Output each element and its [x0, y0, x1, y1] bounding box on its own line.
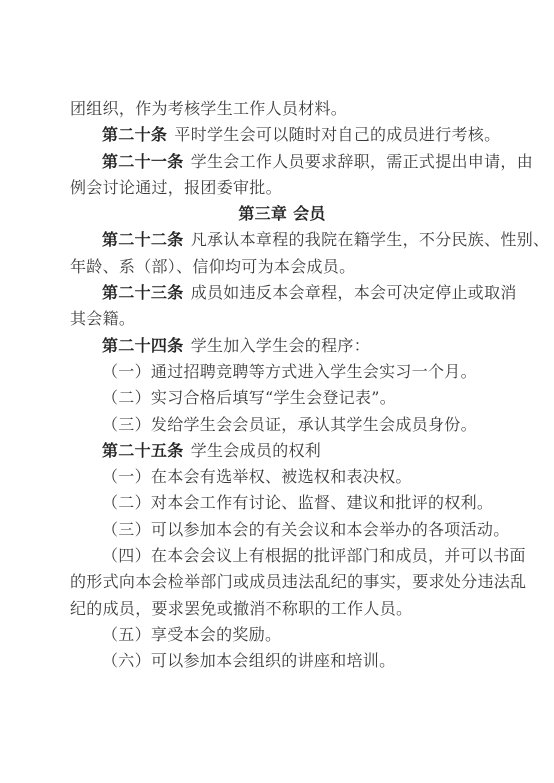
text-line: （二）实习合格后填写“学生会登记表”。 — [70, 385, 494, 411]
line-text: 的形式向本会检举部门或成员违法乱纪的事实，要求处分违法乱 — [70, 572, 526, 591]
line-text: （三）发给学生会会员证，承认其学生会成员身份。 — [102, 415, 477, 434]
text-block: 团组织，作为考核学生工作人员材料。第二十条平时学生会可以随时对自己的成员进行考核… — [70, 96, 494, 675]
article-number: 第二十五条 — [102, 441, 184, 460]
article-number: 第二十三条 — [102, 283, 184, 302]
text-line: 第二十条平时学生会可以随时对自己的成员进行考核。 — [70, 122, 494, 148]
line-text: 成员如违反本会章程，本会可决定停止或取消 — [191, 283, 517, 302]
line-text: 平时学生会可以随时对自己的成员进行考核。 — [174, 125, 500, 144]
text-line: 例会讨论通过，报团委审批。 — [70, 175, 494, 201]
text-line: （五）享受本会的奖励。 — [70, 622, 494, 648]
line-text: 年龄、系（部）、信仰均可为本会成员。 — [70, 257, 355, 276]
line-text: 第三章 会员 — [238, 204, 325, 223]
text-line: （六）可以参加本会组织的讲座和培训。 — [70, 648, 494, 674]
text-line: 第二十四条学生加入学生会的程序： — [70, 333, 494, 359]
line-text: 学生会工作人员要求辞职，需正式提出申请，由 — [191, 152, 533, 171]
text-line: 其会籍。 — [70, 306, 494, 332]
line-text: 学生会成员的权利 — [191, 441, 321, 460]
line-text: 团组织，作为考核学生工作人员材料。 — [70, 99, 347, 118]
line-text: 纪的成员，要求罢免或撤消不称职的工作人员。 — [70, 599, 412, 618]
text-line: 第二十一条学生会工作人员要求辞职，需正式提出申请，由 — [70, 149, 494, 175]
text-line: 年龄、系（部）、信仰均可为本会成员。 — [70, 254, 494, 280]
text-line: （三）可以参加本会的有关会议和本会举办的各项活动。 — [70, 517, 494, 543]
text-line: 第二十三条成员如违反本会章程，本会可决定停止或取消 — [70, 280, 494, 306]
line-text: （六）可以参加本会组织的讲座和培训。 — [102, 651, 395, 670]
text-line: （四）在本会会议上有根据的批评部门和成员，并可以书面 — [70, 543, 494, 569]
document-page: 团组织，作为考核学生工作人员材料。第二十条平时学生会可以随时对自己的成员进行考核… — [0, 0, 554, 783]
text-line: 第二十五条学生会成员的权利 — [70, 438, 494, 464]
text-line: 纪的成员，要求罢免或撤消不称职的工作人员。 — [70, 596, 494, 622]
article-number: 第二十四条 — [102, 336, 184, 355]
article-number: 第二十二条 — [102, 230, 184, 249]
article-number: 第二十一条 — [102, 152, 184, 171]
text-line: （一）通过招聘竞聘等方式进入学生会实习一个月。 — [70, 359, 494, 385]
line-text: （二）实习合格后填写“学生会登记表”。 — [102, 388, 396, 407]
chapter-heading: 第三章 会员 — [70, 201, 494, 227]
line-text: 凡承认本章程的我院在籍学生，不分民族、性别、 — [191, 230, 550, 249]
line-text: （二）对本会工作有讨论、监督、建议和批评的权利。 — [102, 493, 493, 512]
line-text: （五）享受本会的奖励。 — [102, 625, 281, 644]
text-line: 团组织，作为考核学生工作人员材料。 — [70, 96, 494, 122]
text-line: （一）在本会有选举权、被选权和表决权。 — [70, 464, 494, 490]
line-text: （一）在本会有选举权、被选权和表决权。 — [102, 467, 412, 486]
text-line: （三）发给学生会会员证，承认其学生会成员身份。 — [70, 412, 494, 438]
text-line: 第二十二条凡承认本章程的我院在籍学生，不分民族、性别、 — [70, 227, 494, 253]
line-text: （三）可以参加本会的有关会议和本会举办的各项活动。 — [102, 520, 510, 539]
text-line: （二）对本会工作有讨论、监督、建议和批评的权利。 — [70, 490, 494, 516]
article-number: 第二十条 — [102, 125, 167, 144]
line-text: 学生加入学生会的程序： — [191, 336, 370, 355]
line-text: （一）通过招聘竞聘等方式进入学生会实习一个月。 — [102, 362, 477, 381]
line-text: （四）在本会会议上有根据的批评部门和成员，并可以书面 — [102, 546, 526, 565]
line-text: 其会籍。 — [70, 309, 135, 328]
line-text: 例会讨论通过，报团委审批。 — [70, 178, 282, 197]
text-line: 的形式向本会检举部门或成员违法乱纪的事实，要求处分违法乱 — [70, 569, 494, 595]
